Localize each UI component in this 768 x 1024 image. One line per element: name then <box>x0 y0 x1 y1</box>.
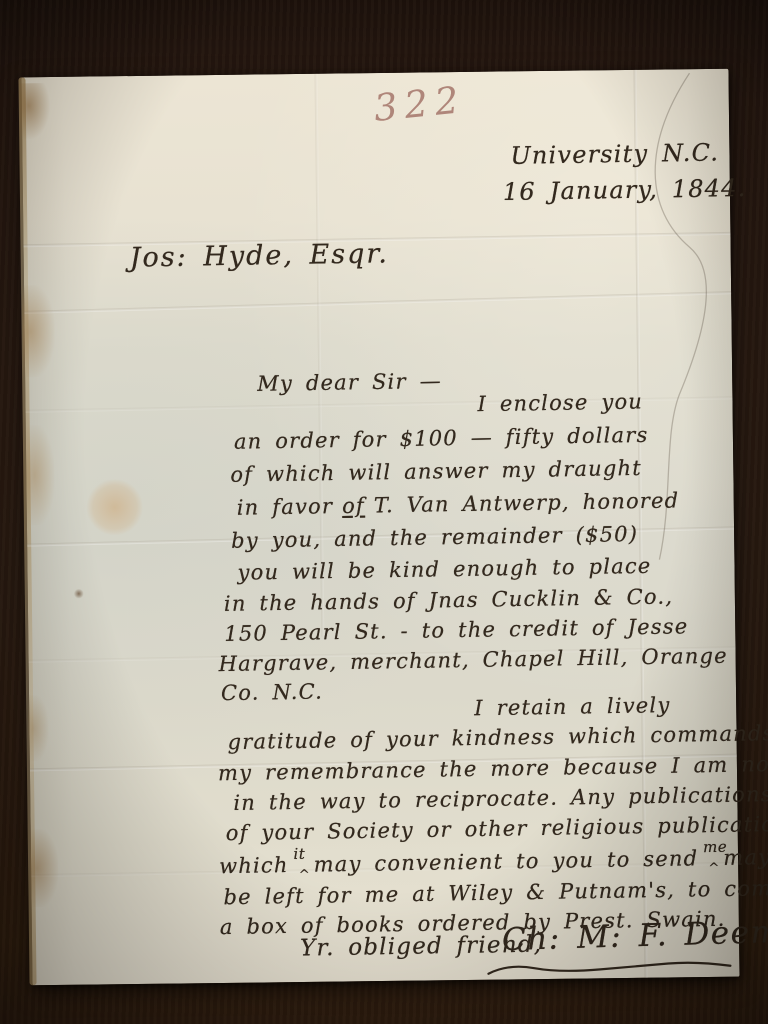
dateline-place: University N.C. <box>510 138 719 169</box>
body-line: gratitude of your kindness which command… <box>227 721 768 754</box>
body-line: of your Society or other religious publi… <box>226 812 768 846</box>
salutation: My dear Sir — <box>257 369 442 396</box>
fox-spot <box>86 479 143 536</box>
body-line: I retain a lively <box>474 693 671 720</box>
body-line: you will be kind enough to place <box>237 554 651 585</box>
letter-paper: 322 University N.C. 16 January, 1844. Jo… <box>21 69 739 986</box>
body-line: in the hands of Jnas Cucklin & Co., <box>224 584 674 615</box>
body-line-segment: may convenient to you to send <box>313 846 698 876</box>
fold-crease-vertical <box>314 74 324 637</box>
body-line-segment: may <box>723 845 768 870</box>
body-line: my remembrance the more because I am not <box>218 752 768 785</box>
body-line: an order for $100 — fifty dollars <box>234 423 649 454</box>
body-line-segment: in favor <box>237 494 334 520</box>
wood-background: { "photo": { "description_colors": { "ba… <box>0 0 768 1024</box>
caret-mark: ^ <box>708 861 720 876</box>
body-line-segment: T. Van Antwerp, honored <box>374 488 680 517</box>
paper-torn-left-edge <box>18 77 36 985</box>
addressee: Jos: Hyde, Esqr. <box>129 238 389 273</box>
inserted-word-me: me <box>703 838 727 856</box>
fold-crease <box>24 291 731 314</box>
body-line-with-underline: in favorofT. Van Antwerp, honored <box>237 488 680 519</box>
inserted-word-it: it <box>293 845 305 863</box>
signature: Ch: M: F. Deems <box>502 913 768 958</box>
ink-dot-stain <box>74 589 84 599</box>
archival-number: 322 <box>372 78 467 130</box>
body-line-segment: which <box>219 853 289 878</box>
body-line: Hargrave, merchant, Chapel Hill, Orange <box>218 644 728 676</box>
dateline-date: 16 January, 1844. <box>503 174 747 206</box>
body-line-with-insertions: which^itmay convenient to you to send^me… <box>219 845 768 878</box>
caret-mark: ^ <box>299 868 311 883</box>
signature-flourish <box>484 957 736 980</box>
body-line: I enclose you <box>477 389 643 416</box>
body-line: in the way to reciprocate. Any publicati… <box>233 782 768 815</box>
body-line: by you, and the remainder ($50) <box>231 522 638 553</box>
body-line: 150 Pearl St. - to the credit of Jesse <box>224 614 688 646</box>
underlined-word: of <box>342 494 365 518</box>
body-line: Co. N.C. <box>221 679 323 705</box>
body-line: of which will answer my draught <box>230 456 642 487</box>
